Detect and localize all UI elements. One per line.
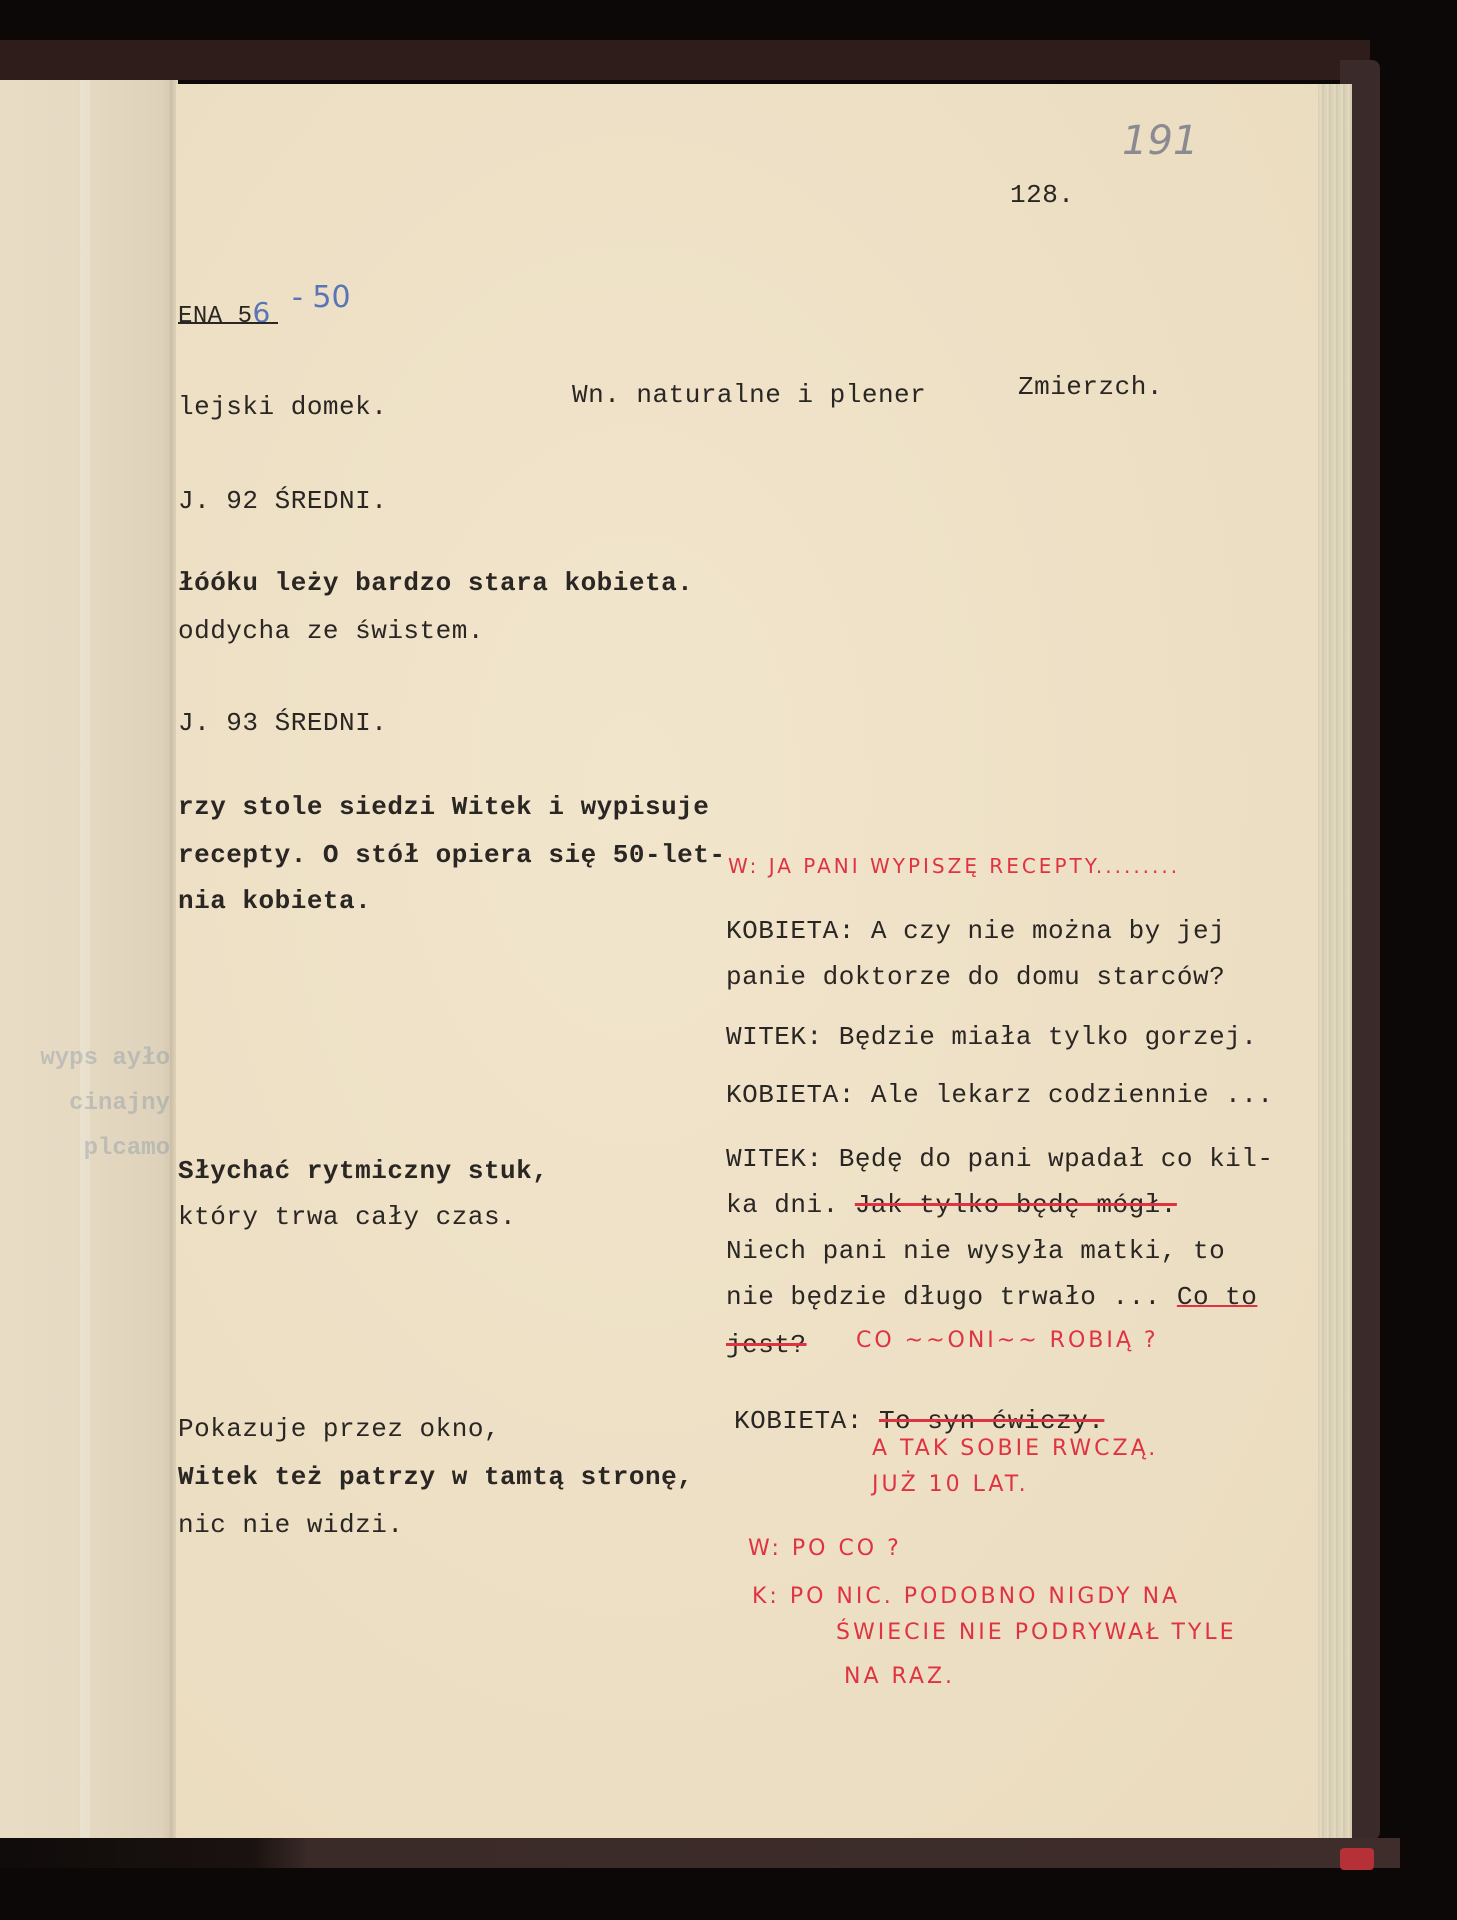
- stage-direction: Witek też patrzy w tamtą stronę,: [178, 1462, 693, 1492]
- book-cover-bottom-edge: [0, 1838, 1400, 1868]
- page-block-edge: [1318, 84, 1352, 1838]
- stage-direction: który trwa cały czas.: [178, 1202, 516, 1232]
- dialogue-line: WITEK: Będzie miała tylko gorzej.: [726, 1022, 1257, 1052]
- left-page: wyps ayło cinajny plcamo: [0, 80, 176, 1838]
- stage-direction: nia kobieta.: [178, 886, 371, 916]
- handwritten-note: W: PO CO ?: [748, 1536, 902, 1561]
- handwritten-note: JUŻ 10 LAT.: [872, 1472, 1029, 1497]
- dialogue-line: KOBIETA: A czy nie można by jej: [726, 916, 1225, 946]
- handwritten-note: W: JA PANI WYPISZĘ RECEPTY.........: [728, 854, 1180, 878]
- dialogue-line: KOBIETA: To syn ćwiczy.: [734, 1406, 1104, 1436]
- shot-heading: J. 92 ŚREDNI.: [178, 486, 387, 516]
- scene-number-overwrite: 6: [253, 296, 271, 329]
- scene-heading-underline: [178, 322, 278, 324]
- struck-text: Jak tylko będę mógł.: [855, 1190, 1177, 1220]
- dialogue-line: Niech pani nie wysyła matki, to: [726, 1236, 1225, 1266]
- handwritten-note: NA RAZ.: [844, 1664, 955, 1689]
- stage-direction: recepty. O stół opiera się 50-let-: [178, 840, 726, 870]
- scene-number-correction: - 50: [292, 280, 351, 315]
- shot-heading: J. 93 ŚREDNI.: [178, 708, 387, 738]
- handwritten-note: CO ~~ONI~~ ROBIĄ ?: [856, 1328, 1159, 1353]
- cover-corner-red-mark: [1340, 1848, 1374, 1870]
- right-page: [176, 84, 1320, 1838]
- scene-heading: ENA 56: [178, 296, 271, 330]
- dialogue-line: nie będzie długo trwało ... Co to: [726, 1282, 1257, 1312]
- stage-direction: Pokazuje przez okno,: [178, 1414, 500, 1444]
- stage-direction: oddycha ze świstem.: [178, 616, 484, 646]
- bleed-through-text: plcamo: [0, 1135, 170, 1162]
- dialogue-line: WITEK: Będę do pani wpadał co kil-: [726, 1144, 1274, 1174]
- struck-text: jest?: [726, 1330, 807, 1360]
- bleed-through-text: cinajny: [0, 1090, 170, 1117]
- stage-direction: nic nie widzi.: [178, 1510, 403, 1540]
- setting: Wn. naturalne i plener: [572, 380, 926, 410]
- handwritten-note: K: PO NIC. PODOBNO NIGDY NA: [752, 1584, 1180, 1609]
- bleed-through-text: wyps ayło: [0, 1045, 170, 1072]
- dialogue-kept-text: nie będzie długo trwało ...: [726, 1282, 1177, 1312]
- stage-direction: rzy stole siedzi Witek i wypisuje: [178, 792, 709, 822]
- page-stripe: [80, 80, 90, 1838]
- scene-heading-text: ENA 5: [178, 303, 253, 330]
- location: lejski domek.: [178, 392, 387, 422]
- dialogue-line: panie doktorze do domu starców?: [726, 962, 1225, 992]
- dialogue-kept-text: ka dni.: [726, 1190, 855, 1220]
- stage-direction: Słychać rytmiczny stuk,: [178, 1156, 548, 1186]
- archive-number: 191: [1122, 118, 1198, 164]
- book-cover-top-edge: [0, 40, 1370, 80]
- handwritten-note: A TAK SOBIE RWCZĄ.: [872, 1436, 1158, 1461]
- struck-text: To syn ćwiczy.: [879, 1406, 1104, 1436]
- time-of-day: Zmierzch.: [1018, 372, 1163, 402]
- handwritten-note: ŚWIECIE NIE PODRYWAŁ TYLE: [836, 1620, 1237, 1645]
- stage-direction: łóóku leży bardzo stara kobieta.: [178, 568, 693, 598]
- dialogue-line: ka dni. Jak tylko będę mógł.: [726, 1190, 1177, 1220]
- dialogue-line: jest?: [726, 1330, 807, 1360]
- dialogue-line: KOBIETA: Ale lekarz codziennie ...: [726, 1080, 1274, 1110]
- struck-underlined-text: Co to: [1177, 1282, 1258, 1312]
- speaker-label: KOBIETA:: [734, 1406, 879, 1436]
- page-number: 128.: [1010, 180, 1074, 210]
